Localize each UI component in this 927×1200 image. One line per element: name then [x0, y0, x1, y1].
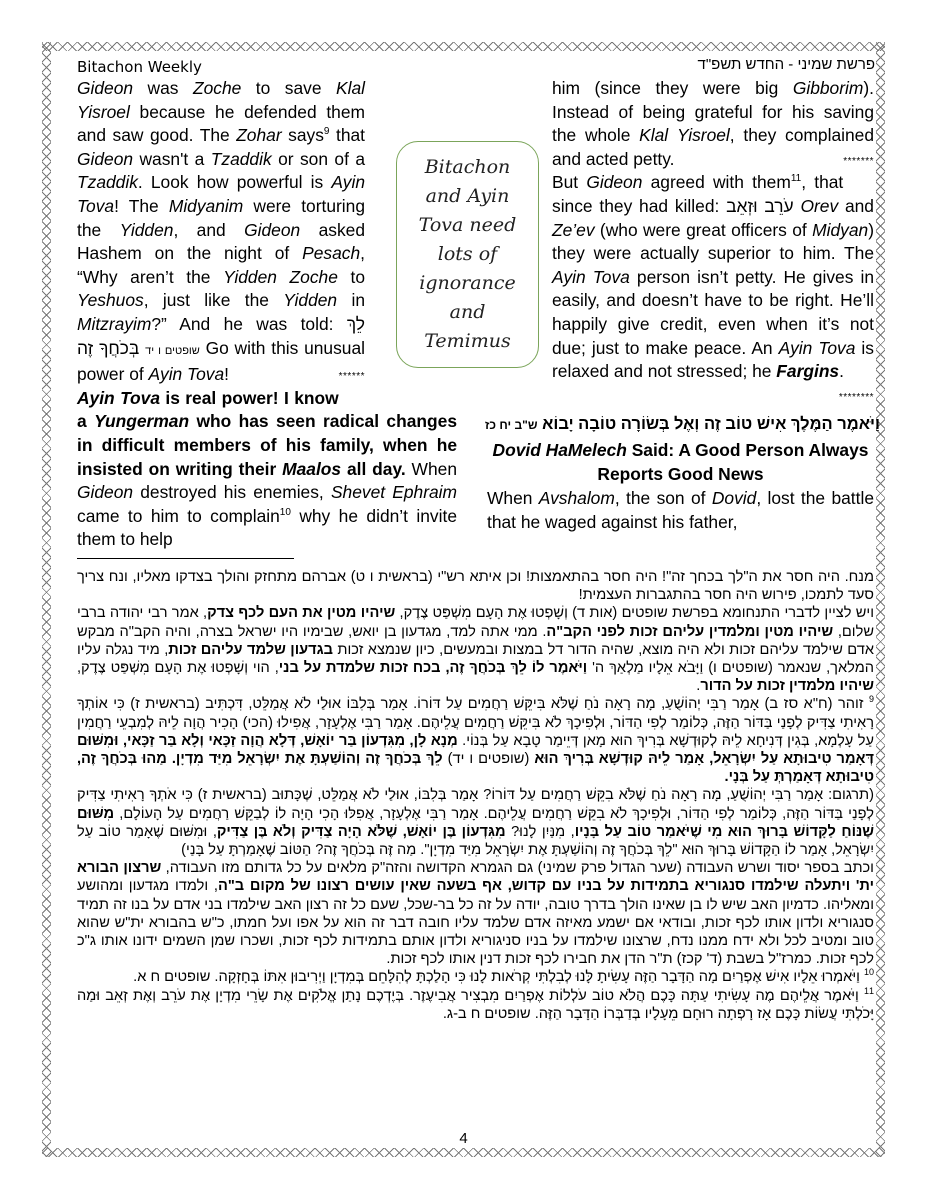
footnote-10: 10 וַיֹּאמְרוּ אֵלָיו אִישׁ אֶפְרַיִם מָ…: [77, 968, 874, 986]
section-separator: *******: [843, 150, 874, 174]
section-separator: ******: [339, 365, 365, 389]
page-number: 4: [0, 1130, 927, 1147]
footnote-9-translation: (תרגום: אָמַר רַבִּי יְהוֹשֻׁעַ, מָה רָא…: [77, 786, 874, 859]
hebrew-names: עֹרֵב וּזְאֵב: [726, 196, 794, 216]
footnote-continuation: מנח. היה חסר את ה"לך בכחך זה"! היה חסר ב…: [77, 568, 874, 604]
parsha-header: פרשת שמיני - החדש תשפ"ד: [698, 56, 875, 73]
callout-wrap-spacer: [487, 124, 552, 405]
footnotes-section: מנח. היה חסר את ה"לך בכחך זה"! היה חסר ב…: [77, 568, 874, 1023]
section-separator: ********: [839, 386, 874, 410]
hebrew-verse-heading: וַיֹּאמֶר הַמֶּלֶךְ אִישׁ טוֹב זֶה וְאֶל…: [480, 415, 880, 434]
paragraph-avshalom: When Avshalom, the son of Dovid, lost th…: [487, 487, 874, 534]
footnote-ref-11[interactable]: 11: [791, 174, 801, 185]
footnote-9: 9 זוהר (ח"א סז ב) אָמַר רַבִּי יְהוֹשֻׁע…: [77, 695, 874, 786]
paragraph-ayin-tova-power: Ayin Tova is real power! I know a Yunger…: [77, 387, 457, 552]
right-column: him (since they were big Gibborim). Inst…: [487, 77, 874, 409]
footnote-separator: [77, 558, 294, 559]
publication-title: Bitachon Weekly: [77, 58, 202, 76]
footnote-ref-10[interactable]: 10: [280, 507, 291, 518]
footnote-11: 11 וַיֹּאמֶר אֲלֵיהֶם מֶה עָשִׂיתִי עַתָ…: [77, 987, 874, 1023]
hebrew-source: שופטים ו יד: [145, 345, 200, 357]
footnote-number-10: 10: [864, 968, 874, 978]
verse-source: ש"ב יח כז: [485, 418, 538, 432]
section-heading: Dovid HaMelech Said: A Good Person Alway…: [487, 438, 874, 486]
footnote-number-11: 11: [864, 986, 874, 996]
footnote-9-yesod-veshoresh: וכתב בספר יסוד ושרש העבודה (שער הגדול פר…: [77, 859, 874, 968]
footnote-number-9: 9: [869, 695, 874, 705]
footnote-tanchuma: ויש לציין לדברי התנחומא בפרשת שופטים (או…: [77, 604, 874, 695]
